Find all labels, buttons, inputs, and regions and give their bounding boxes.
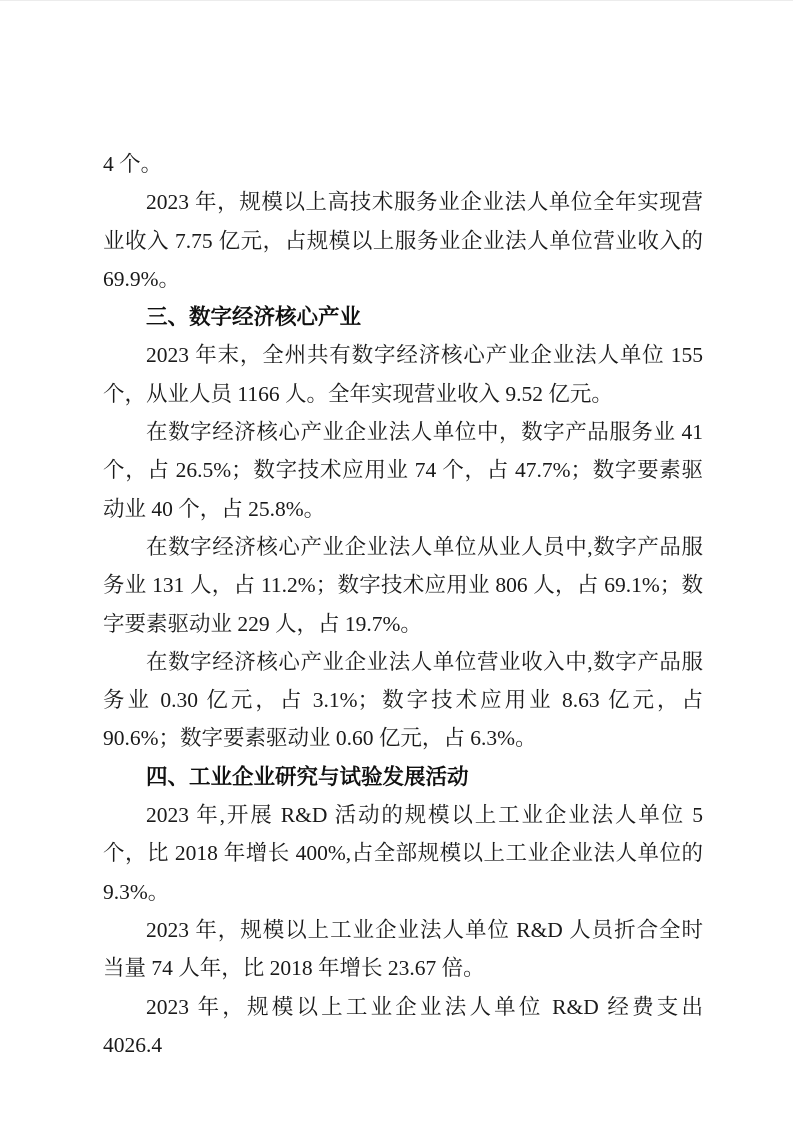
paragraph-continuation: 4 个。 (103, 145, 703, 183)
section-heading-digital-economy: 三、数字经济核心产业 (103, 298, 703, 336)
page-content: 4 个。 2023 年，规模以上高技术服务业企业法人单位全年实现营业收入 7.7… (103, 145, 703, 1064)
paragraph-rd-personnel: 2023 年，规模以上工业企业法人单位 R&D 人员折合全时当量 74 人年，比… (103, 911, 703, 988)
paragraph-digital-economy-overview: 2023 年末，全州共有数字经济核心产业企业法人单位 155 个，从业人员 11… (103, 336, 703, 413)
paragraph-digital-economy-units: 在数字经济核心产业企业法人单位中，数字产品服务业 41 个，占 26.5%；数字… (103, 413, 703, 528)
paragraph-digital-economy-revenue: 在数字经济核心产业企业法人单位营业收入中,数字产品服务业 0.30 亿元，占 3… (103, 643, 703, 758)
section-heading-rd-activities: 四、工业企业研究与试验发展活动 (103, 758, 703, 796)
paragraph-digital-economy-employment: 在数字经济核心产业企业法人单位从业人员中,数字产品服务业 131 人，占 11.… (103, 528, 703, 643)
document-page: 4 个。 2023 年，规模以上高技术服务业企业法人单位全年实现营业收入 7.7… (0, 0, 793, 1122)
paragraph-rd-units: 2023 年,开展 R&D 活动的规模以上工业企业法人单位 5 个，比 2018… (103, 796, 703, 911)
paragraph-hightech-services-revenue: 2023 年，规模以上高技术服务业企业法人单位全年实现营业收入 7.75 亿元，… (103, 183, 703, 298)
paragraph-rd-expenditure: 2023 年，规模以上工业企业法人单位 R&D 经费支出 4026.4 (103, 988, 703, 1065)
